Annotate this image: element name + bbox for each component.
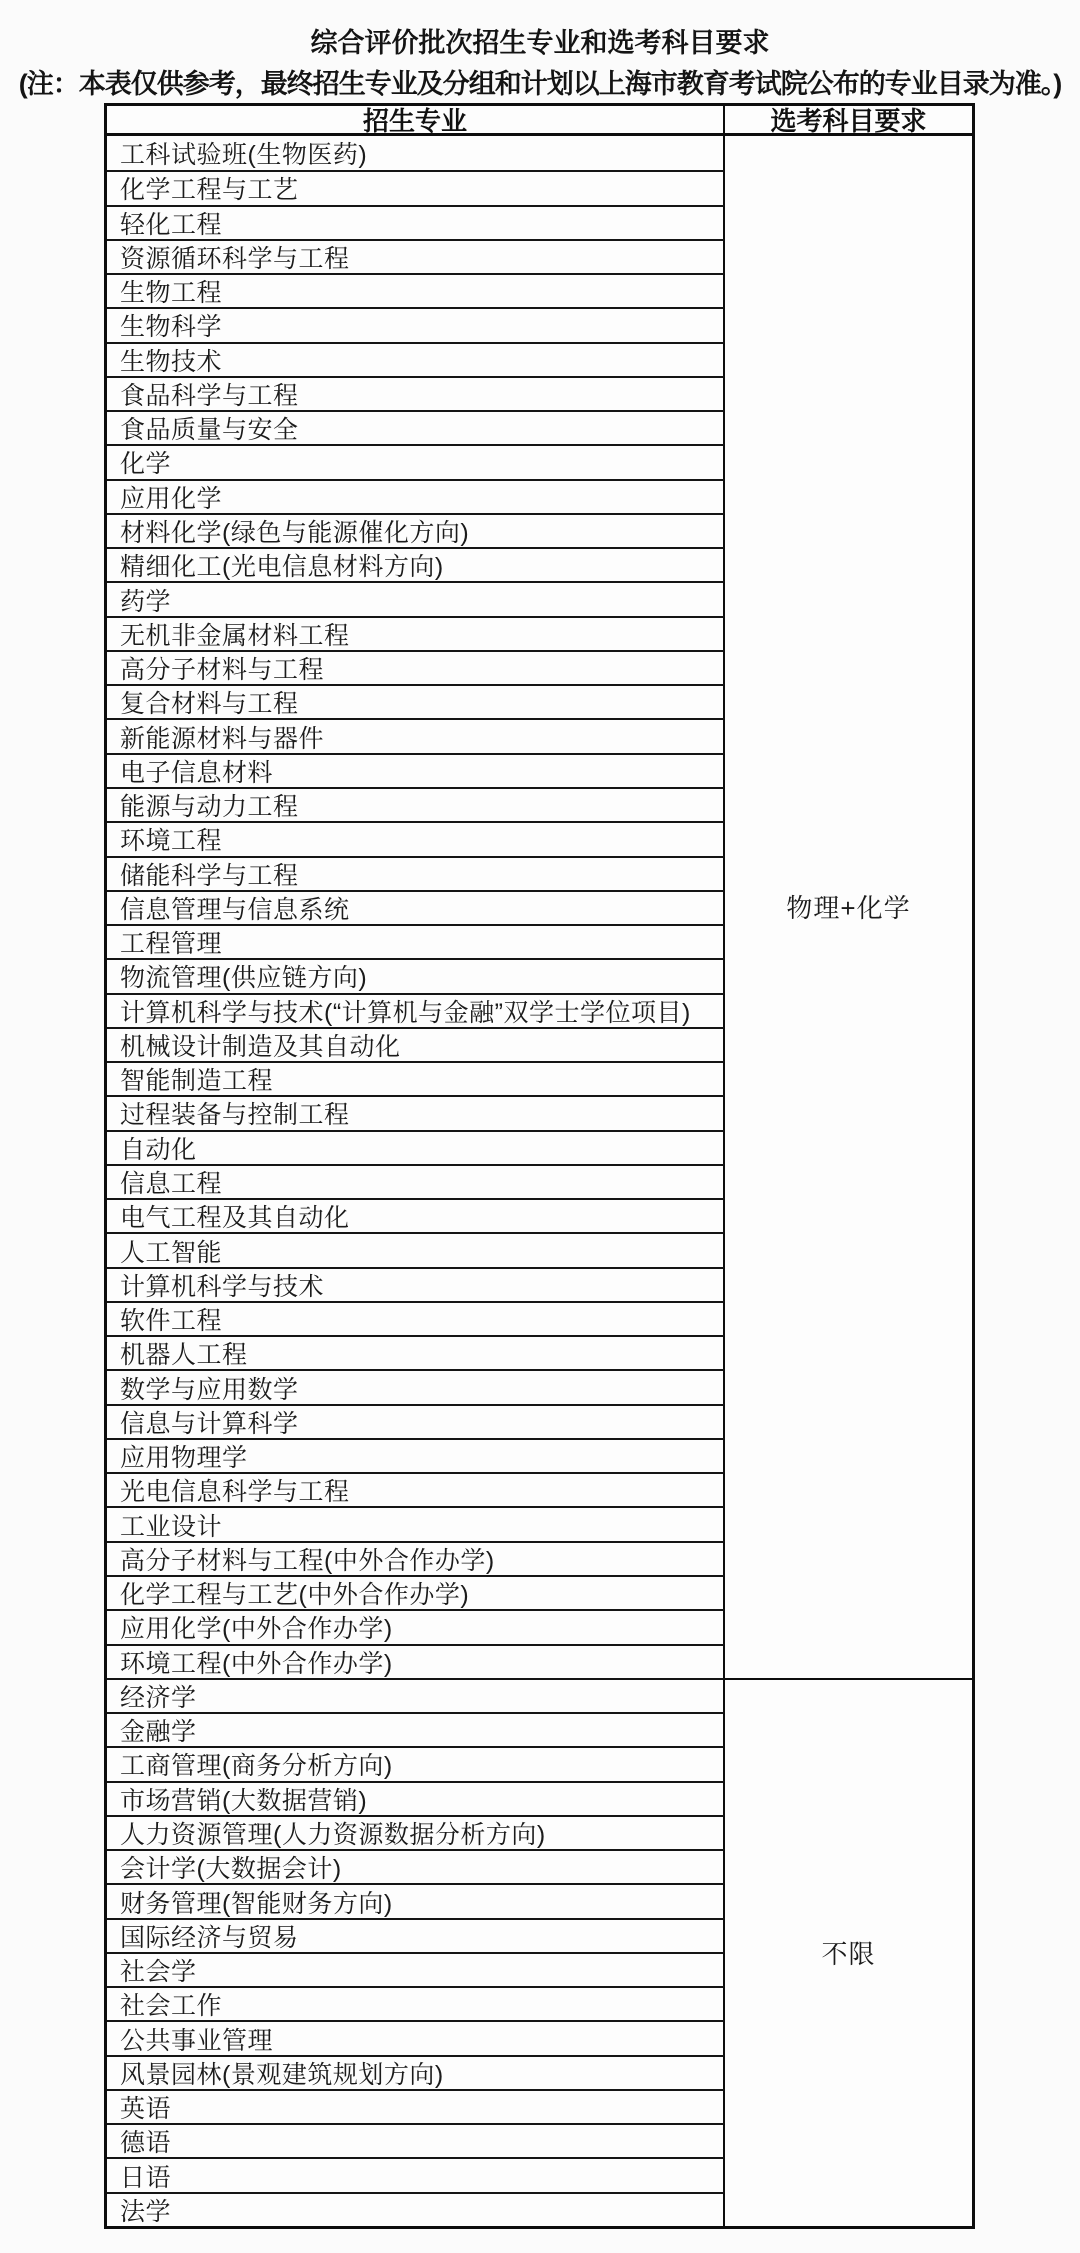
major-cell: 电气工程及其自动化: [107, 1198, 725, 1232]
major-cell: 电子信息材料: [107, 753, 725, 787]
major-cell: 日语: [107, 2157, 725, 2191]
major-cell: 过程装备与控制工程: [107, 1095, 725, 1129]
major-cell: 经济学: [107, 1678, 725, 1712]
major-cell: 物流管理(供应链方向): [107, 958, 725, 992]
major-cell: 金融学: [107, 1712, 725, 1746]
requirement-cell: 不限: [725, 1678, 972, 2226]
major-cell: 信息工程: [107, 1164, 725, 1198]
major-cell: 新能源材料与器件: [107, 718, 725, 752]
major-cell: 国际经济与贸易: [107, 1918, 725, 1952]
major-cell: 机械设计制造及其自动化: [107, 1027, 725, 1061]
major-cell: 材料化学(绿色与能源催化方向): [107, 513, 725, 547]
major-cell: 人工智能: [107, 1232, 725, 1266]
major-cell: 社会工作: [107, 1986, 725, 2020]
document-page: 综合评价批次招生专业和选考科目要求 (注：本表仅供参考，最终招生专业及分组和计划…: [0, 0, 1080, 2253]
requirement-cell: 物理+化学: [725, 136, 972, 1678]
major-cell: 应用化学(中外合作办学): [107, 1609, 725, 1643]
major-cell: 软件工程: [107, 1301, 725, 1335]
major-cell: 资源循环科学与工程: [107, 239, 725, 273]
major-cell: 社会学: [107, 1952, 725, 1986]
major-cell: 计算机科学与技术: [107, 1267, 725, 1301]
major-cell: 公共事业管理: [107, 2020, 725, 2054]
major-cell: 生物工程: [107, 273, 725, 307]
major-cell: 自动化: [107, 1130, 725, 1164]
major-cell: 食品质量与安全: [107, 410, 725, 444]
major-cell: 智能制造工程: [107, 1061, 725, 1095]
major-cell: 法学: [107, 2192, 725, 2226]
major-cell: 能源与动力工程: [107, 787, 725, 821]
note: (注：本表仅供参考，最终招生专业及分组和计划以上海市教育考试院公布的专业目录为准…: [0, 62, 1080, 101]
major-cell: 环境工程: [107, 821, 725, 855]
major-cell: 英语: [107, 2089, 725, 2123]
major-cell: 环境工程(中外合作办学): [107, 1644, 725, 1678]
major-cell: 无机非金属材料工程: [107, 616, 725, 650]
major-cell: 应用物理学: [107, 1438, 725, 1472]
major-cell: 化学: [107, 444, 725, 478]
major-cell: 生物科学: [107, 307, 725, 341]
page-title: 综合评价批次招生专业和选考科目要求: [0, 21, 1080, 60]
major-cell: 工商管理(商务分析方向): [107, 1746, 725, 1780]
major-cell: 风景园林(景观建筑规划方向): [107, 2055, 725, 2089]
major-cell: 生物技术: [107, 342, 725, 376]
major-cell: 复合材料与工程: [107, 684, 725, 718]
major-cell: 信息与计算科学: [107, 1404, 725, 1438]
major-cell: 高分子材料与工程: [107, 650, 725, 684]
major-cell: 数学与应用数学: [107, 1369, 725, 1403]
major-cell: 药学: [107, 581, 725, 615]
major-cell: 轻化工程: [107, 205, 725, 239]
major-cell: 高分子材料与工程(中外合作办学): [107, 1541, 725, 1575]
major-cell: 工业设计: [107, 1506, 725, 1540]
major-cell: 人力资源管理(人力资源数据分析方向): [107, 1815, 725, 1849]
major-cell: 机器人工程: [107, 1335, 725, 1369]
major-cell: 应用化学: [107, 479, 725, 513]
major-cell: 财务管理(智能财务方向): [107, 1883, 725, 1917]
column-header-requirement: 选考科目要求: [725, 106, 972, 136]
major-cell: 光电信息科学与工程: [107, 1472, 725, 1506]
major-cell: 工程管理: [107, 924, 725, 958]
major-cell: 计算机科学与技术(“计算机与金融”双学士学位项目): [107, 993, 725, 1027]
major-cell: 信息管理与信息系统: [107, 890, 725, 924]
major-cell: 市场营销(大数据营销): [107, 1781, 725, 1815]
major-cell: 工科试验班(生物医药): [107, 136, 725, 170]
column-header-major: 招生专业: [107, 106, 725, 136]
major-cell: 食品科学与工程: [107, 376, 725, 410]
major-cell: 精细化工(光电信息材料方向): [107, 547, 725, 581]
major-cell: 储能科学与工程: [107, 856, 725, 890]
major-cell: 会计学(大数据会计): [107, 1849, 725, 1883]
major-cell: 化学工程与工艺: [107, 170, 725, 204]
major-cell: 德语: [107, 2123, 725, 2157]
admission-table: 招生专业 选考科目要求 工科试验班(生物医药)化学工程与工艺轻化工程资源循环科学…: [104, 103, 975, 2229]
major-cell: 化学工程与工艺(中外合作办学): [107, 1575, 725, 1609]
